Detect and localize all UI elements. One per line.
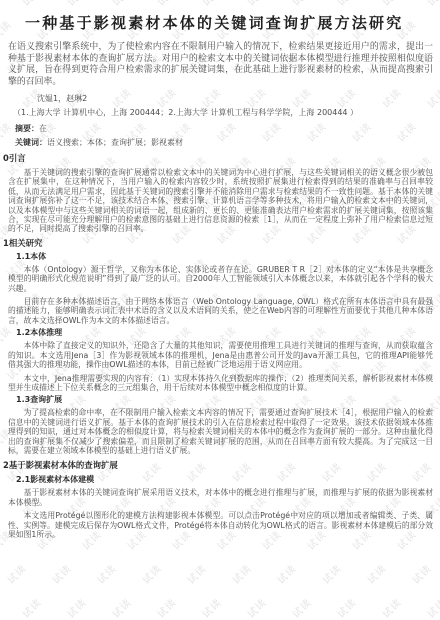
watermark-text: 试读: [318, 560, 344, 586]
watermark-text: 试读: [138, 560, 164, 586]
heading-1-1-ontology: 1.1本体: [16, 252, 433, 262]
paragraph-ontology-1: 本体（Ontology）源于哲学，又称为本体论、实体论或者存在论。GRUBER …: [8, 265, 433, 293]
affiliation-line: （1.上海大学 计算机中心，上海 200444；2.上海大学 计算机工程与科学学…: [13, 107, 440, 118]
watermark-text: 试读: [363, 560, 389, 586]
watermark-text: 试读: [3, 560, 29, 586]
watermark-text: 试读: [63, 594, 89, 620]
watermark-text: 试读: [198, 0, 224, 9]
watermark-text: 试读: [423, 0, 440, 9]
paragraph-modeling-2: 本文选用Protégé以图形化的建模方法构建影视本体模型。可以点击Protégé…: [8, 511, 433, 539]
paragraph-modeling-1: 基于影视素材本体的关键词查询扩展采用语义技术，对本体中的概念进行推理与扩展，而推…: [8, 488, 433, 507]
heading-0-intro: 0引言: [3, 153, 433, 164]
paragraph-query-expansion: 为了提高检索的命中率，在不限制用户输入检索文本内容的情况下，需要通过查询扩展技术…: [8, 408, 433, 455]
abstract-row: 摘要：在: [15, 123, 440, 134]
paragraph-reasoning-1: 本体中除了直接定义的知识外，还隐含了大量的其他知识，需要使用推理工具进行关键词的…: [8, 341, 433, 369]
watermark-text: 试读: [333, 0, 359, 9]
paragraph-reasoning-2: 本文中，Jena推理需要实现的内容有：（1）实现本体持久化到数据库的操作；（2）…: [8, 374, 433, 393]
watermark-text: 试读: [108, 0, 134, 9]
watermark-text: 试读: [93, 560, 119, 586]
authors-line: 沈媪1，赵琳2: [37, 93, 440, 104]
watermark-text: 试读: [378, 594, 404, 620]
heading-2-1-modeling: 2.1影视素材本体建模: [16, 475, 433, 485]
sections: 0引言 基于关键词的搜索引擎的查询扩展通常以检索文本中的关键词为中心进行扩展，与…: [3, 153, 433, 539]
watermark-text: 试读: [183, 560, 209, 586]
watermark-text: 试读: [18, 594, 44, 620]
paragraph-intro: 基于关键词的搜索引擎的查询扩展通常以检索文本中的关键词为中心进行扩展，与这些关键…: [8, 168, 433, 234]
watermark-text: 试读: [153, 0, 179, 9]
abstract-label: 摘要：: [15, 124, 39, 133]
watermark-text: 试读: [243, 0, 269, 9]
watermark-text: 试读: [333, 594, 359, 620]
paragraph-ontology-2: 目前存在多种本体描述语言，由于网络本体语言（Web Ontology Langu…: [8, 297, 433, 325]
watermark-text: 试读: [288, 0, 314, 9]
watermark-text: 试读: [408, 560, 434, 586]
page-title: 一种基于影视素材本体的关键词查询扩展方法研究: [25, 12, 433, 33]
watermark-text: 试读: [108, 594, 134, 620]
watermark-text: 试读: [48, 560, 74, 586]
keywords-label: 关键词：: [15, 138, 47, 147]
keywords-row: 关键词：语义搜索；本体；查询扩展；影视素材: [15, 137, 440, 148]
watermark-text: 试读: [273, 560, 299, 586]
heading-1-2-reasoning: 1.2本体推理: [16, 328, 433, 338]
heading-1-related-work: 1相关研究: [3, 238, 433, 249]
watermark-text: 试读: [243, 594, 269, 620]
watermark-text: 试读: [198, 594, 224, 620]
document-content: 一种基于影视素材本体的关键词查询扩展方法研究 在语义搜索引擎系统中，为了使检索内…: [0, 12, 440, 539]
watermark-text: 试读: [423, 594, 440, 620]
heading-2-ontology-based-expansion: 2基于影视素材本体的查询扩展: [3, 460, 433, 471]
watermark-text: 试读: [378, 0, 404, 9]
abstract-value: 在: [39, 124, 47, 133]
watermark-text: 试读: [228, 560, 254, 586]
heading-1-3-query-expansion: 1.3查询扩展: [16, 395, 433, 405]
watermark-text: 试读: [153, 594, 179, 620]
lead-abstract: 在语义搜索引擎系统中，为了使检索内容在不限制用户输入的情况下，检索结果更接近用户…: [8, 42, 433, 88]
document-page: 试读试读试读试读试读试读试读试读试读试读试读试读试读试读试读试读试读试读试读试读…: [0, 0, 440, 620]
watermark-text: 试读: [18, 0, 44, 9]
watermark-text: 试读: [288, 594, 314, 620]
watermark-text: 试读: [63, 0, 89, 9]
keywords-value: 语义搜索；本体；查询扩展；影视素材: [47, 138, 183, 147]
